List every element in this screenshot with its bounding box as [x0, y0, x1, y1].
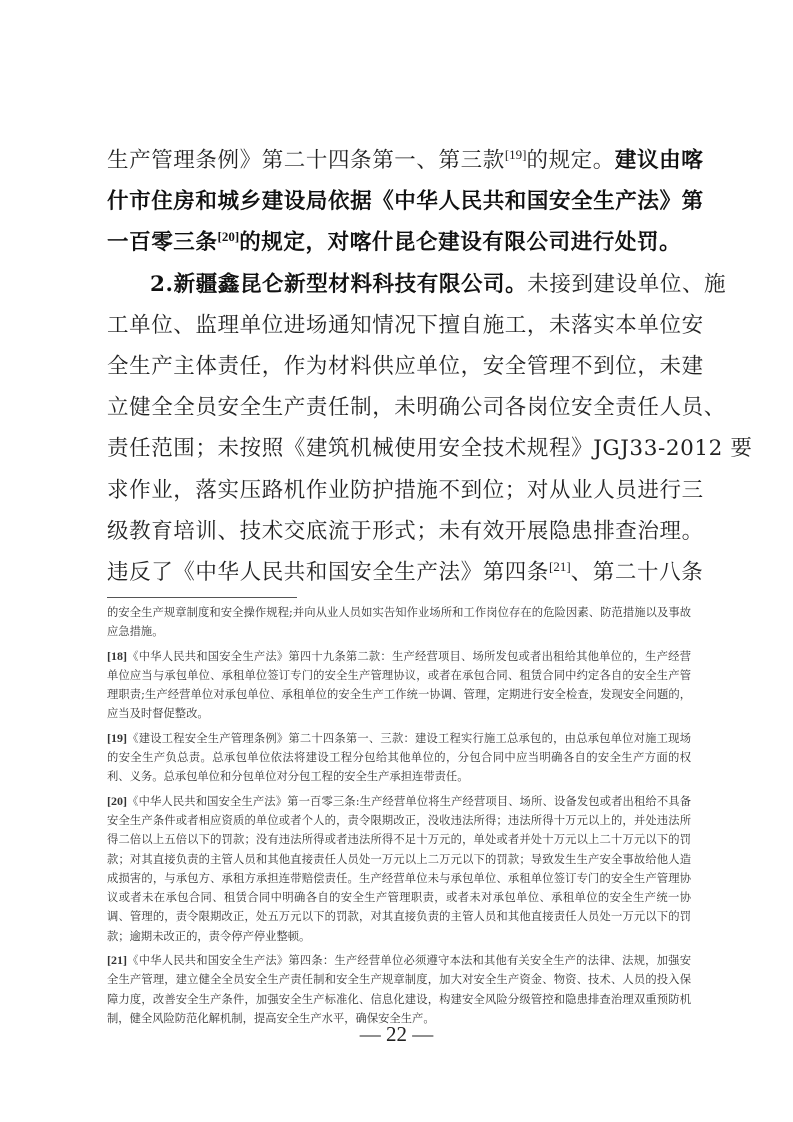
document-page: 生产管理条例》第二十四条第一、第三款[19]的规定。建议由喀 什市住房和城乡建设…	[0, 0, 793, 1122]
bold-recommendation: 一百零三条	[107, 230, 218, 255]
footnote-text: 《中华人民共和国安全生产法》第一百零三条:生产经营单位将生产经营项目、场所、设备…	[107, 795, 691, 943]
text-segment: 、第二十八条	[571, 560, 704, 585]
footnote-text: 《中华人民共和国安全生产法》第四十九条第二款：生产经营项目、场所发包或者出租给其…	[107, 650, 691, 721]
company-heading: 2.新疆鑫昆仑新型材料科技有限公司。	[150, 272, 527, 297]
footnote-20: [20]《中华人民共和国安全生产法》第一百零三条:生产经营单位将生产经营项目、场…	[107, 792, 691, 946]
footnote-19: [19]《建设工程安全生产管理条例》第二十四条第一、三款：建设工程实行施工总承包…	[107, 729, 691, 787]
paragraph-2-line-6: 求作业，落实压路机作业防护措施不到位；对从业人员进行三	[107, 470, 691, 511]
paragraph-2-line-3: 全生产主体责任，作为材料供应单位，安全管理不到位，未建	[107, 346, 691, 387]
page-number: — 22 —	[0, 1022, 793, 1047]
paragraph-2-line-2: 工单位、监理单位进场通知情况下擅自施工，未落实本单位安	[107, 305, 691, 346]
body-line-2: 什市住房和城乡建设局依据《中华人民共和国安全生产法》第	[107, 181, 691, 222]
footnotes-section: 的安全生产规章制度和安全操作规程;并向从业人员如实告知作业场所和工作岗位存在的危…	[107, 603, 691, 1033]
footnote-ref-21[interactable]: [21]	[549, 559, 571, 574]
paragraph-2-line-8: 违反了《中华人民共和国安全生产法》第四条[21]、第二十八条	[107, 552, 691, 593]
footnote-number: [20]	[107, 794, 127, 808]
footnote-number: [18]	[107, 649, 127, 663]
footnote-18: [18]《中华人民共和国安全生产法》第四十九条第二款：生产经营项目、场所发包或者…	[107, 647, 691, 724]
body-line-3: 一百零三条[20]的规定，对喀什昆仑建设有限公司进行处罚。	[107, 222, 691, 263]
paragraph-2-line-5: 责任范围；未按照《建筑机械使用安全技术规程》JGJ33-2012 要	[107, 428, 691, 469]
paragraph-2-line-7: 级教育培训、技术交底流于形式；未有效开展隐患排查治理。	[107, 511, 691, 552]
paragraph-2-line-4: 立健全全员安全生产责任制，未明确公司各岗位安全责任人员、	[107, 387, 691, 428]
footnote-ref-19[interactable]: [19]	[505, 147, 527, 162]
body-line-1: 生产管理条例》第二十四条第一、第三款[19]的规定。建议由喀	[107, 140, 691, 181]
text-segment: 未接到建设单位、施	[527, 272, 726, 297]
footnote-continued: 的安全生产规章制度和安全操作规程;并向从业人员如实告知作业场所和工作岗位存在的危…	[107, 603, 691, 642]
footnote-text: 《建设工程安全生产管理条例》第二十四条第一、三款：建设工程实行施工总承包的，由总…	[107, 732, 691, 784]
bold-recommendation: 建议由喀	[615, 148, 703, 173]
footnote-text: 的安全生产规章制度和安全操作规程;并向从业人员如实告知作业场所和工作岗位存在的危…	[107, 606, 691, 638]
paragraph-2-line-1: 2.新疆鑫昆仑新型材料科技有限公司。未接到建设单位、施	[107, 264, 691, 305]
bold-recommendation: 的规定，对喀什昆仑建设有限公司进行处罚。	[239, 230, 681, 255]
footnote-21: [21]《中华人民共和国安全生产法》第四条：生产经营单位必须遵守本法和其他有关安…	[107, 951, 691, 1028]
footnote-text: 《中华人民共和国安全生产法》第四条：生产经营单位必须遵守本法和其他有关安全生产的…	[107, 954, 691, 1025]
footnote-number: [21]	[107, 953, 127, 967]
text-segment: 生产管理条例》第二十四条第一、第三款	[107, 148, 505, 173]
footnote-ref-20[interactable]: [20]	[218, 229, 240, 244]
text-segment: 的规定。	[526, 148, 614, 173]
text-segment: 违反了《中华人民共和国安全生产法》第四条	[107, 560, 549, 585]
footnote-number: [19]	[107, 731, 127, 745]
main-body-text: 生产管理条例》第二十四条第一、第三款[19]的规定。建议由喀 什市住房和城乡建设…	[107, 140, 691, 593]
footnote-separator	[107, 597, 297, 598]
